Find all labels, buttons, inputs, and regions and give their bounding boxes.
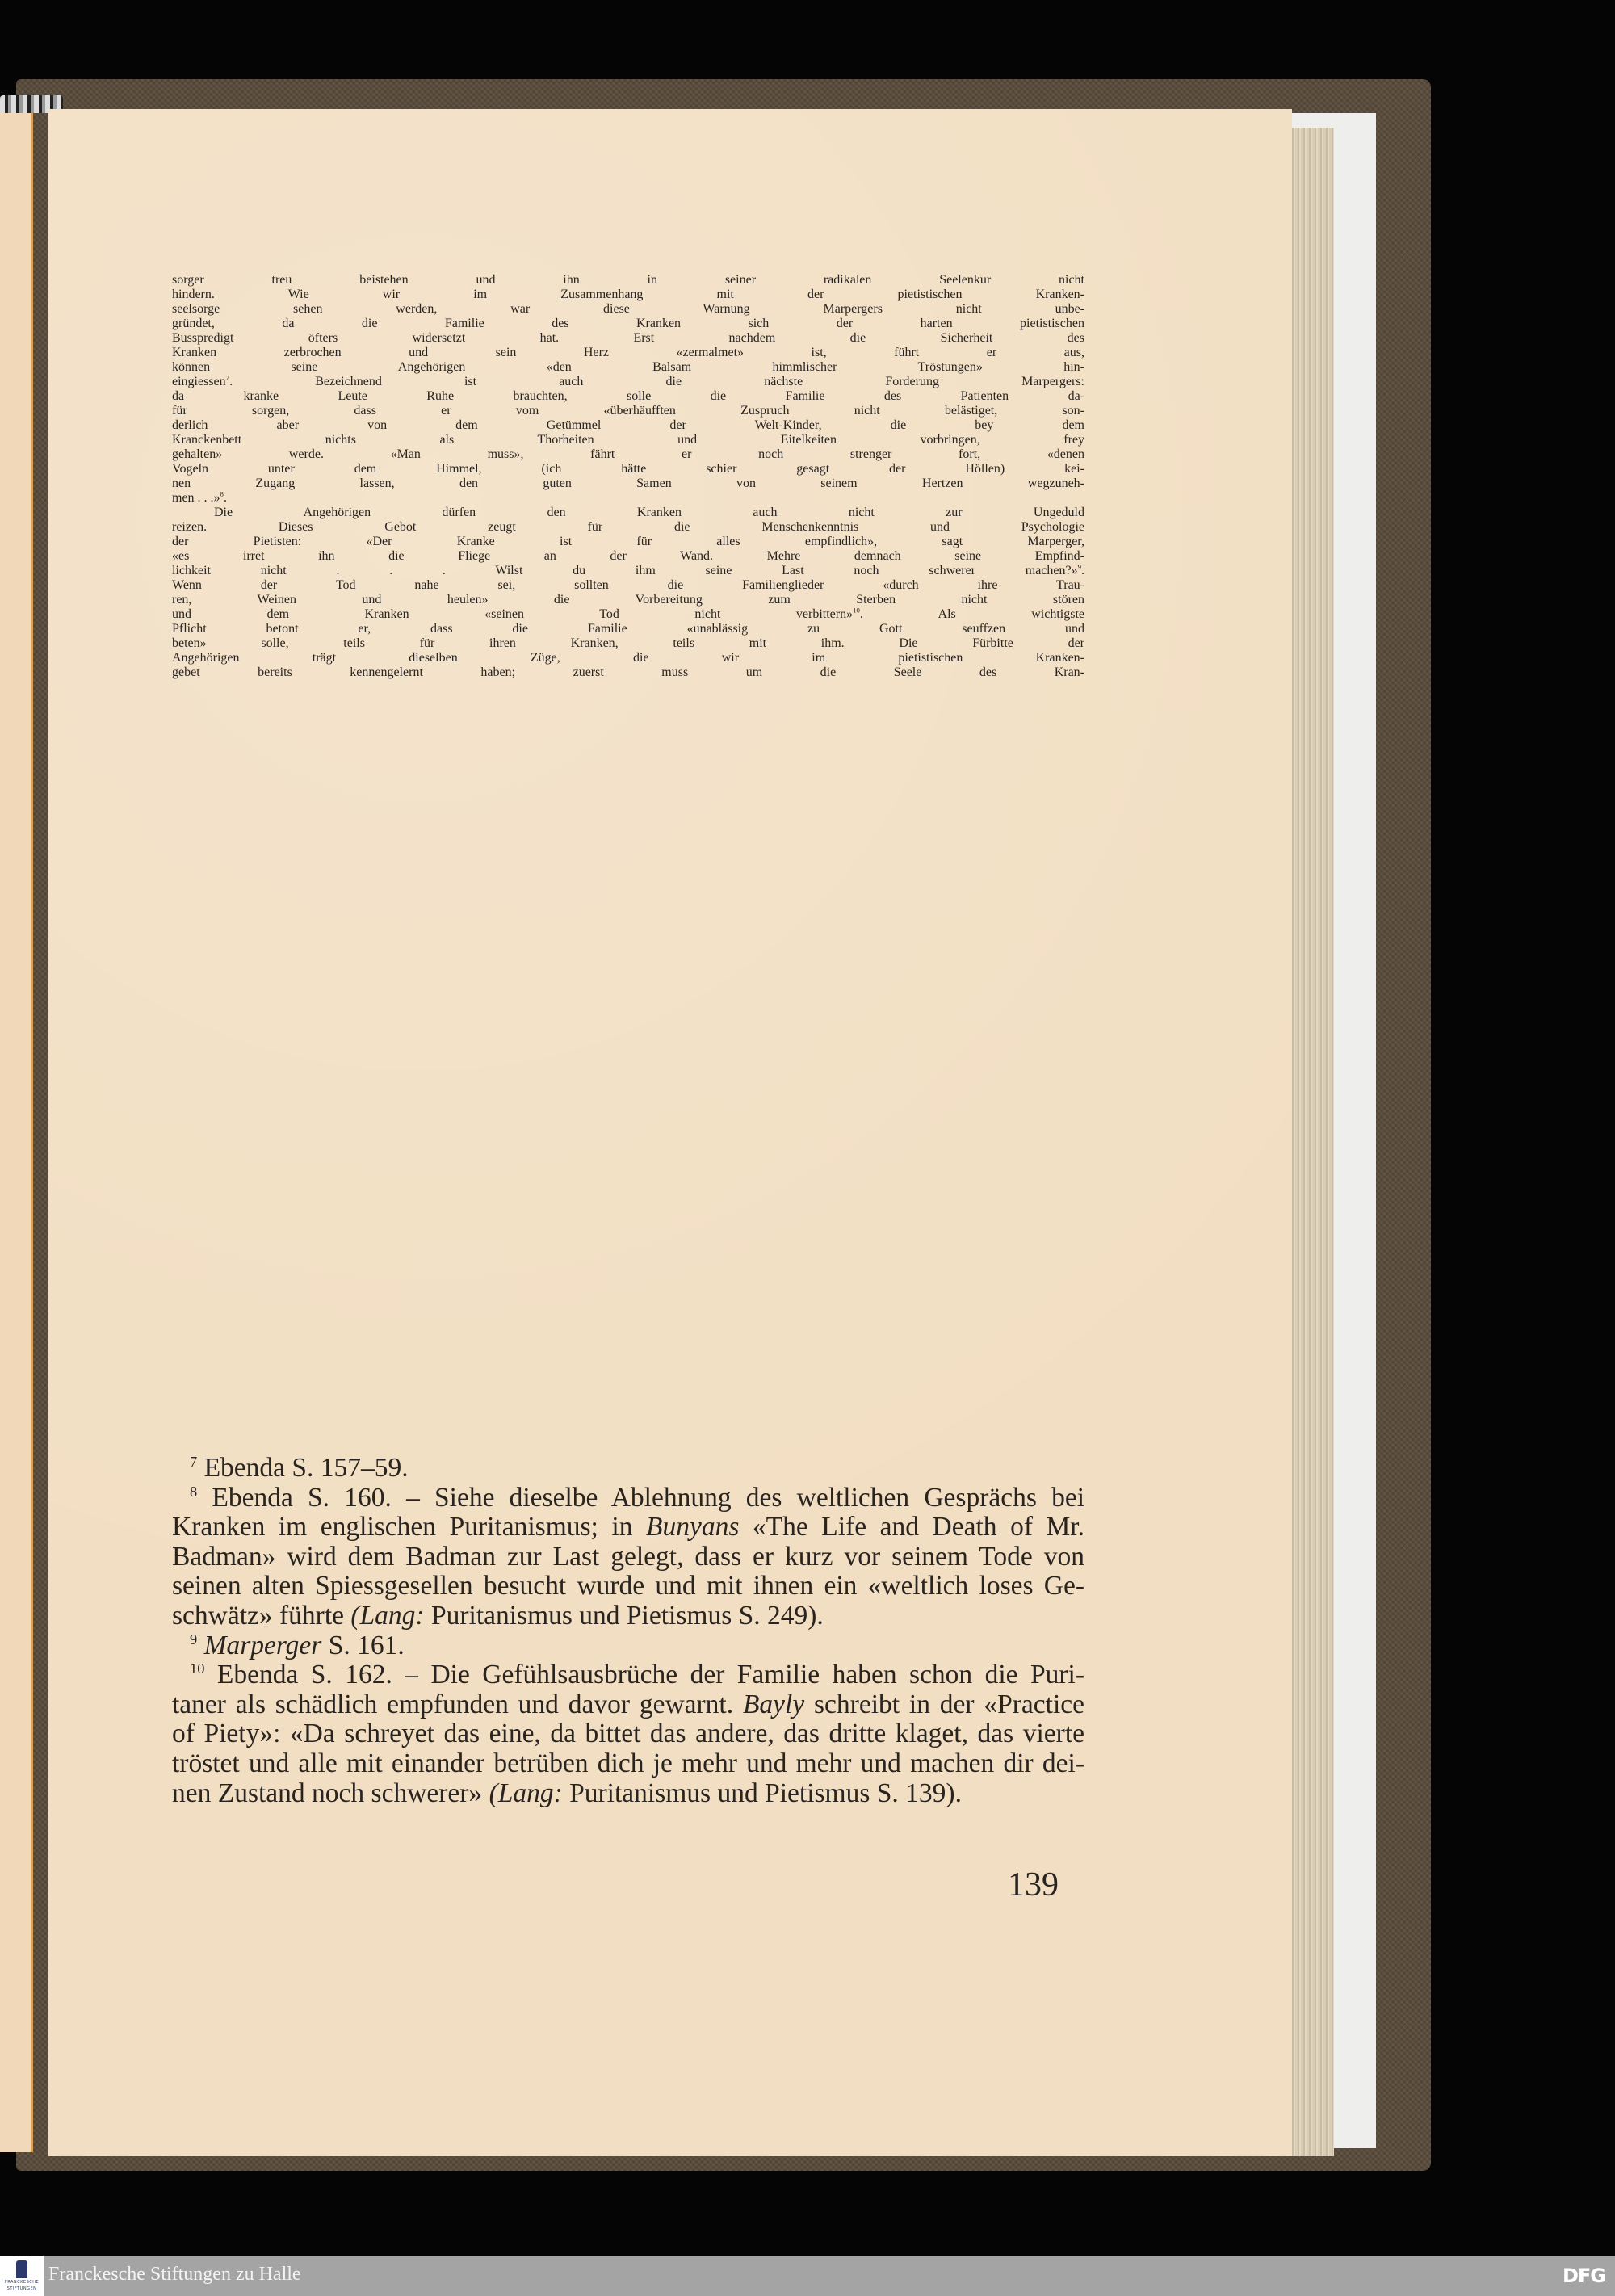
footnote-8-line: Badman» wird dem Badman zur Last gelegt,… [172, 1543, 1084, 1572]
footnote-10-line: tröstet und alle mit einander betrüben d… [172, 1749, 1084, 1779]
footnote-10: 10 Ebenda S. 162. – Die Gefühlsausbrüche… [172, 1660, 1084, 1690]
text-line: Busspredigt öfters widersetzt hat. Erst … [172, 331, 1084, 346]
text-line: nen Zugang lassen, den guten Samen von s… [172, 476, 1084, 491]
text-line: da kranke Leute Ruhe brauchten, solle di… [172, 389, 1084, 404]
text-line: Kranken zerbrochen und sein Herz «zermal… [172, 346, 1084, 360]
footnote-10-line: of Piety»: «Da schreyet das eine, da bit… [172, 1719, 1084, 1749]
footer-bar: FRANCKESCHE STIFTUNGEN Franckesche Stift… [0, 2256, 1615, 2296]
footnote-7: 7 Ebenda S. 157–59. [172, 1454, 1084, 1484]
text-line: Angehörigen trägt dieselben Züge, die wi… [172, 651, 1084, 665]
text-line: ren, Weinen und heulen» die Vorbereitung… [172, 593, 1084, 607]
footnote-10-line: taner als schädlich empfunden und davor … [172, 1690, 1084, 1720]
page-number: 139 [1008, 1866, 1059, 1904]
text-line: Pflicht betont er, dass die Familie «una… [172, 622, 1084, 636]
text-line: Die Angehörigen dürfen den Kranken auch … [172, 506, 1084, 520]
orphan-statue-icon [16, 2260, 27, 2278]
dfg-logo[interactable]: DFG [1563, 2265, 1605, 2287]
text-line: können seine Angehörigen «den Balsam him… [172, 360, 1084, 375]
text-line: lichkeit nicht . . . Wilst du ihm seine … [172, 564, 1084, 578]
text-line: gründet, da die Familie des Kranken sich… [172, 317, 1084, 331]
text-line: gehalten» werde. «Man muss», fährt er no… [172, 447, 1084, 462]
text-line: seelsorge sehen werden, war diese Warnun… [172, 302, 1084, 317]
institution-logo[interactable]: FRANCKESCHE STIFTUNGEN [0, 2256, 44, 2296]
footnotes: 7 Ebenda S. 157–59. 8 Ebenda S. 160. – S… [172, 1454, 1084, 1808]
text-line: hindern. Wie wir im Zusammenhang mit der… [172, 288, 1084, 302]
footnote-8-line: Kranken im englischen Puritanismus; in B… [172, 1513, 1084, 1543]
text-line: Wenn der Tod nahe sei, sollten die Famil… [172, 578, 1084, 593]
text-line: und dem Kranken «seinen Tod nicht verbit… [172, 607, 1084, 622]
left-page-edge [0, 109, 33, 2152]
text-line: beten» solle, teils für ihren Kranken, t… [172, 636, 1084, 651]
footnote-ref-10[interactable]: 10 [853, 607, 860, 615]
text-line: reizen. Dieses Gebot zeugt für die Mensc… [172, 520, 1084, 535]
text-line: men . . .»8. [172, 491, 1084, 506]
text-line: Kranckenbett nichts als Thorheiten und E… [172, 433, 1084, 447]
body-text: sorger treu beistehen und ihn in seiner … [172, 273, 1084, 680]
text-line: derlich aber von dem Getümmel der Welt-K… [172, 418, 1084, 433]
footnote-8-line: seinen alten Spiessgesellen besucht wurd… [172, 1572, 1084, 1601]
institution-name[interactable]: Franckesche Stiftungen zu Halle [48, 2264, 301, 2286]
text-line: Vogeln unter dem Himmel, (ich hätte schi… [172, 462, 1084, 476]
footnote-9: 9 Marperger S. 161. [172, 1631, 1084, 1661]
text-line: der Pietisten: «Der Kranke ist für alles… [172, 535, 1084, 549]
text-line: eingiessen7. Bezeichnend ist auch die nä… [172, 375, 1084, 389]
footnote-8-line: schwätz» führte (Lang: Puritanismus und … [172, 1601, 1084, 1631]
text-line: gebet bereits kennengelernt haben; zuers… [172, 665, 1084, 680]
footnote-10-line: nen Zustand noch schwerer» (Lang: Purita… [172, 1779, 1084, 1809]
text-line: sorger treu beistehen und ihn in seiner … [172, 273, 1084, 288]
text-line: für sorgen, dass er vom «überhäufften Zu… [172, 404, 1084, 418]
footnote-8: 8 Ebenda S. 160. – Siehe dieselbe Ablehn… [172, 1484, 1084, 1513]
text-line: «es irret ihn die Fliege an der Wand. Me… [172, 549, 1084, 564]
